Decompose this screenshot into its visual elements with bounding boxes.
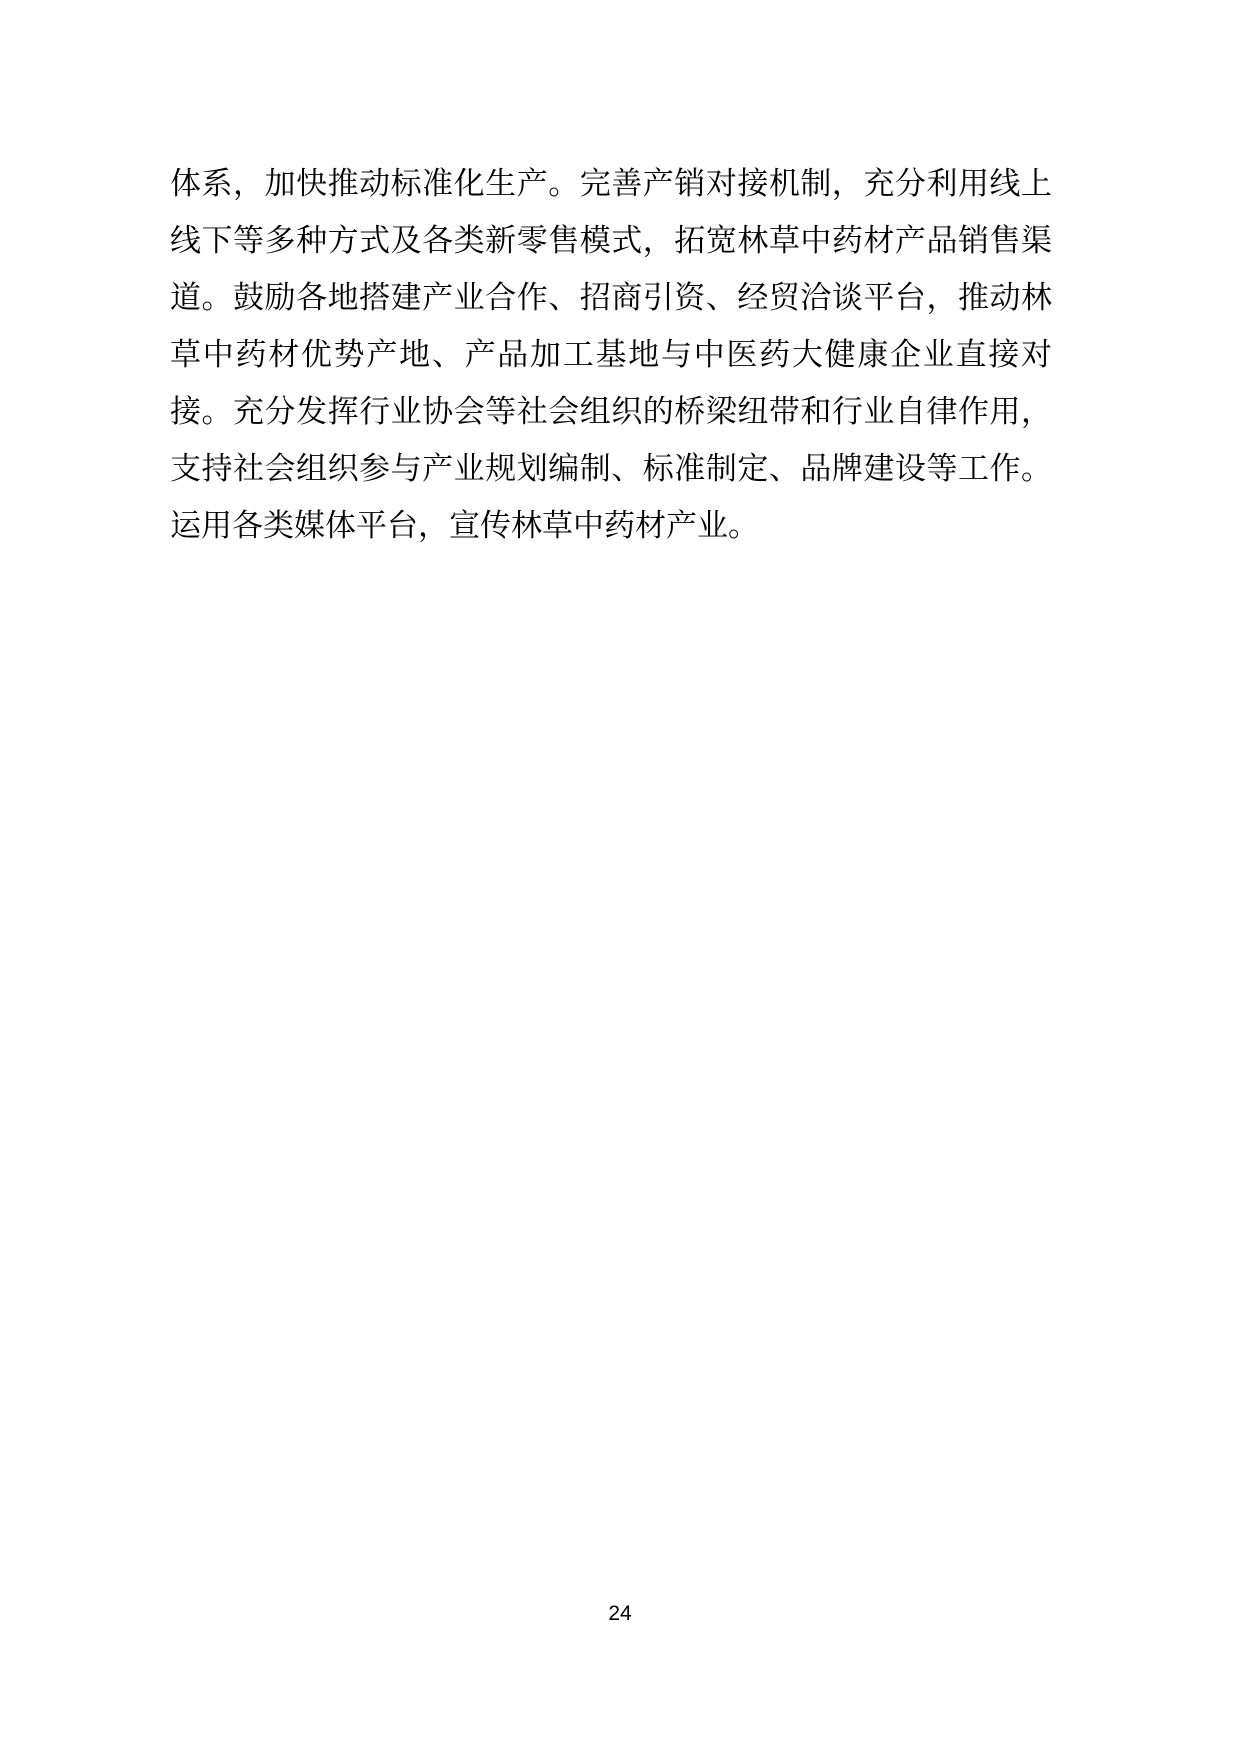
document-page: 体系，加快推动标准化生产。完善产销对接机制，充分利用线上 线下等多种方式及各类新… [0,0,1240,1754]
paragraph-line: 草中药材优势产地、产品加工基地与中医药大健康企业直接对 [170,326,1052,383]
paragraph-block: 体系，加快推动标准化生产。完善产销对接机制，充分利用线上 线下等多种方式及各类新… [170,155,1052,554]
paragraph-line: 线下等多种方式及各类新零售模式，拓宽林草中药材产品销售渠 [170,212,1052,269]
paragraph-line: 体系，加快推动标准化生产。完善产销对接机制，充分利用线上 [170,155,1052,212]
paragraph-line: 接。充分发挥行业协会等社会组织的桥梁纽带和行业自律作用， [170,383,1052,440]
paragraph-line: 运用各类媒体平台，宣传林草中药材产业。 [170,497,1052,554]
paragraph-line: 支持社会组织参与产业规划编制、标准制定、品牌建设等工作。 [170,440,1052,497]
paragraph-line: 道。鼓励各地搭建产业合作、招商引资、经贸洽谈平台，推动林 [170,269,1052,326]
page-number: 24 [0,1602,1240,1626]
